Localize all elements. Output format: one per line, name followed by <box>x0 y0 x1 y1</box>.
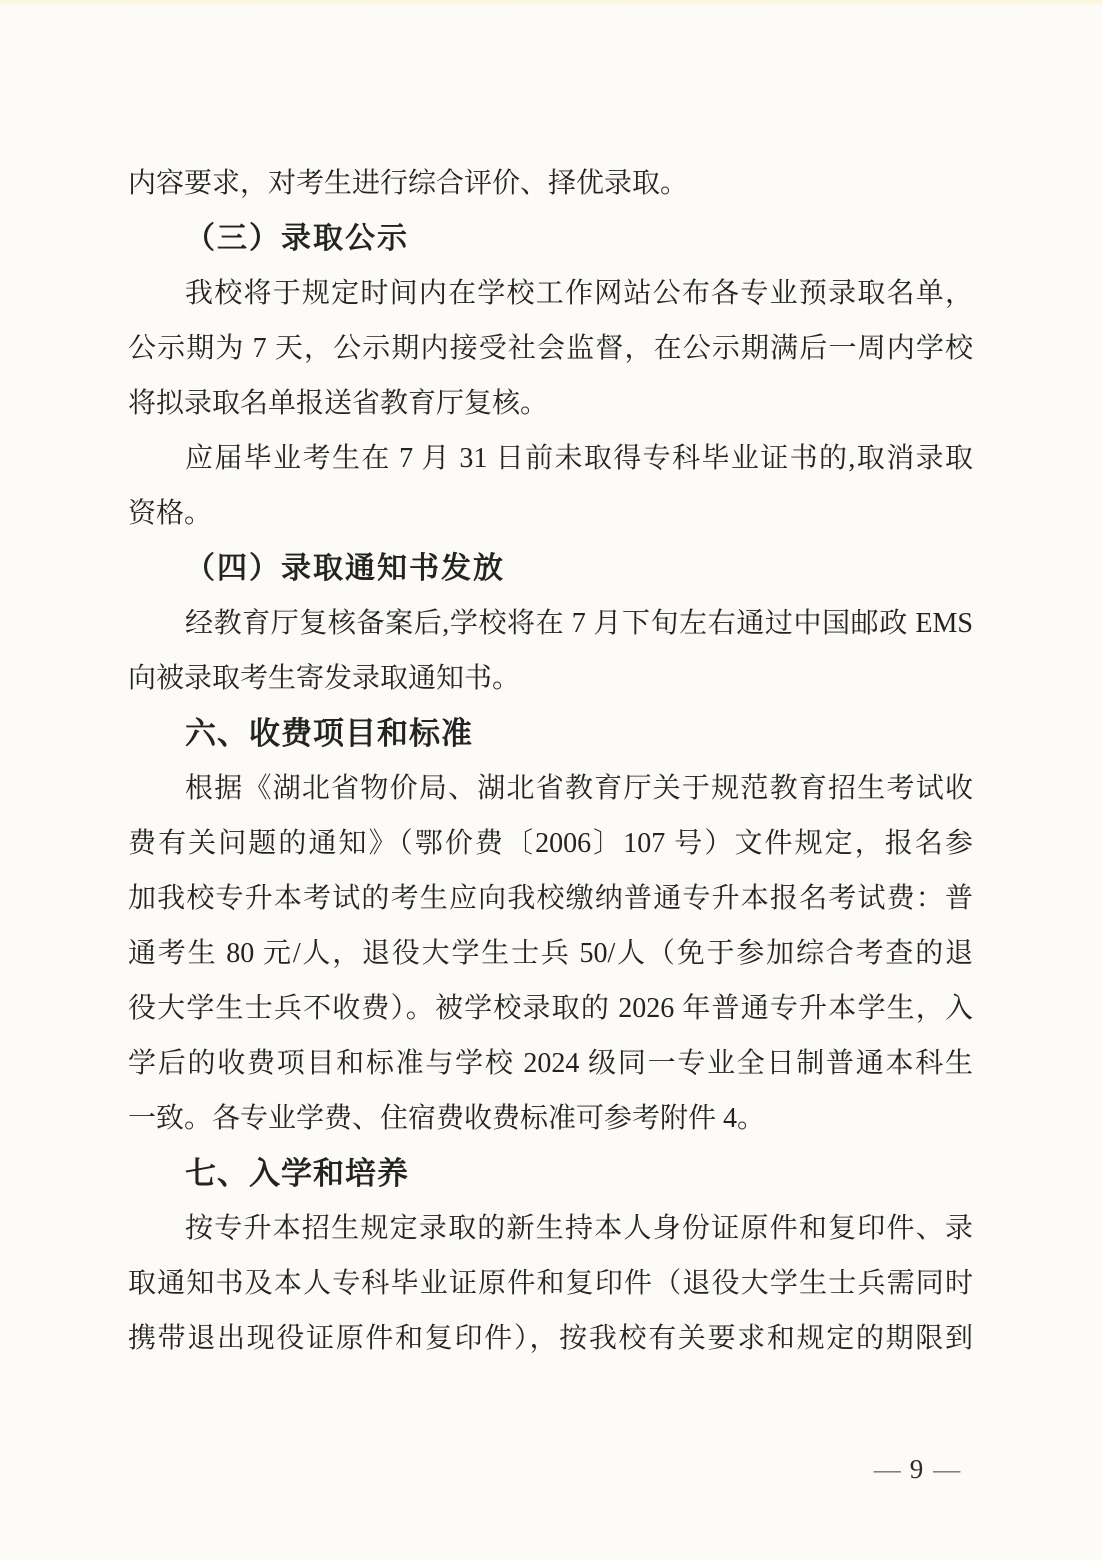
text-line: 加我校专升本考试的考生应向我校缴纳普通专升本报名考试费：普 <box>128 871 973 926</box>
paragraph-publicity-period: 我校将于规定时间内在学校工作网站公布各专业预录取名单， 公示期为 7 天，公示期… <box>128 266 973 431</box>
paragraph-diploma-deadline: 应届毕业考生在 7 月 31 日前未取得专科毕业证书的,取消录取 资格。 <box>128 431 973 541</box>
text-line: 取通知书及本人专科毕业证原件和复印件（退役大学生士兵需同时 <box>128 1256 973 1311</box>
section-heading-admission-publicity: （三）录取公示 <box>128 211 973 266</box>
text-line: 应届毕业考生在 7 月 31 日前未取得专科毕业证书的,取消录取 <box>128 431 973 486</box>
section-heading-admission-letter: （四）录取通知书发放 <box>128 541 973 596</box>
text-line: 我校将于规定时间内在学校工作网站公布各专业预录取名单， <box>128 266 973 321</box>
paragraph-fee-standards: 根据《湖北省物价局、湖北省教育厅关于规范教育招生考试收 费有关问题的通知》（鄂价… <box>128 761 973 1146</box>
text-line: 一致。各专业学费、住宿费收费标准可参考附件 4。 <box>128 1091 973 1146</box>
section-heading-enrollment: 七、入学和培养 <box>128 1146 973 1201</box>
text-line: 携带退出现役证原件和复印件），按我校有关要求和规定的期限到 <box>128 1311 973 1366</box>
document-body: 内容要求，对考生进行综合评价、择优录取。 （三）录取公示 我校将于规定时间内在学… <box>128 156 973 1366</box>
text-line: 公示期为 7 天，公示期内接受社会监督，在公示期满后一周内学校 <box>128 321 973 376</box>
text-line: 根据《湖北省物价局、湖北省教育厅关于规范教育招生考试收 <box>128 761 973 816</box>
page-number-value: 9 <box>910 1454 924 1484</box>
page-number-dash-right: — <box>923 1454 969 1484</box>
text-line: 向被录取考生寄发录取通知书。 <box>128 651 973 706</box>
paragraph-enrollment-requirements: 按专升本招生规定录取的新生持本人身份证原件和复印件、录 取通知书及本人专科毕业证… <box>128 1201 973 1366</box>
paragraph-evaluation-continuation: 内容要求，对考生进行综合评价、择优录取。 <box>128 156 973 211</box>
text-line: 内容要求，对考生进行综合评价、择优录取。 <box>128 156 973 211</box>
text-line: 通考生 80 元/人，退役大学生士兵 50/人（免于参加综合考查的退 <box>128 926 973 981</box>
page-number-dash-left: — <box>864 1454 910 1484</box>
document-page: 内容要求，对考生进行综合评价、择优录取。 （三）录取公示 我校将于规定时间内在学… <box>0 0 1102 1560</box>
text-line: 将拟录取名单报送省教育厅复核。 <box>128 376 973 431</box>
page-number: —9— <box>824 1448 1009 1490</box>
text-line: 费有关问题的通知》（鄂价费〔2006〕107 号）文件规定，报名参 <box>128 816 973 871</box>
text-line: 按专升本招生规定录取的新生持本人身份证原件和复印件、录 <box>128 1201 973 1256</box>
section-heading-fees: 六、收费项目和标准 <box>128 706 973 761</box>
text-line: 资格。 <box>128 486 973 541</box>
text-line: 学后的收费项目和标准与学校 2024 级同一专业全日制普通本科生 <box>128 1036 973 1091</box>
text-line: 役大学生士兵不收费）。被学校录取的 2026 年普通专升本学生，入 <box>128 981 973 1036</box>
paragraph-letter-mailing: 经教育厅复核备案后,学校将在 7 月下旬左右通过中国邮政 EMS 向被录取考生寄… <box>128 596 973 706</box>
text-line: 经教育厅复核备案后,学校将在 7 月下旬左右通过中国邮政 EMS <box>128 596 973 651</box>
